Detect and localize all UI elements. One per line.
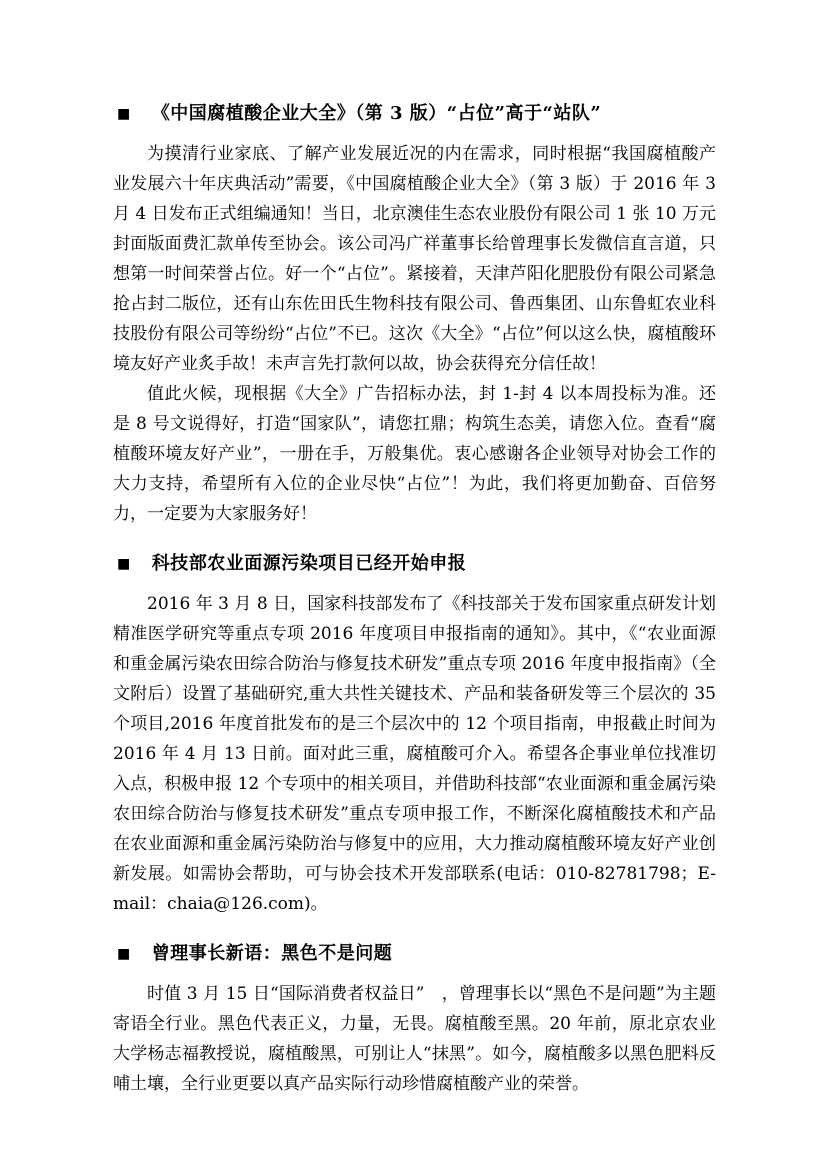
- square-bullet-icon: ■: [117, 941, 131, 967]
- paragraph: 2016 年 3 月 8 日，国家科技部发布了《科技部关于发布国家重点研发计划精…: [113, 589, 716, 919]
- section-heading: ■ 科技部农业面源污染项目已经开始申报: [113, 551, 716, 577]
- document-content: ■ 《中国腐植酸企业大全》（第 3 版）“占位”高于“站队” 为摸清行业家底、了…: [113, 101, 716, 1099]
- section-heading-text: 《中国腐植酸企业大全》（第 3 版）“占位”高于“站队”: [152, 101, 601, 127]
- section-heise-wenti: ■ 曾理事长新语：黑色不是问题 时值 3 月 15 日“国际消费者权益日” ，曾…: [113, 941, 716, 1099]
- paragraph: 值此火候，现根据《大全》广告招标办法，封 1-封 4 以本周投标为准。还是 8 …: [113, 379, 716, 529]
- section-keji-shenbao: ■ 科技部农业面源污染项目已经开始申报 2016 年 3 月 8 日，国家科技部…: [113, 551, 716, 919]
- paragraph: 时值 3 月 15 日“国际消费者权益日” ，曾理事长以“黑色不是问题”为主题寄…: [113, 979, 716, 1099]
- square-bullet-icon: ■: [117, 551, 131, 577]
- section-heading: ■ 曾理事长新语：黑色不是问题: [113, 941, 716, 967]
- square-bullet-icon: ■: [117, 101, 131, 127]
- section-heading-text: 曾理事长新语：黑色不是问题: [152, 941, 393, 967]
- section-daquan: ■ 《中国腐植酸企业大全》（第 3 版）“占位”高于“站队” 为摸清行业家底、了…: [113, 101, 716, 529]
- section-heading: ■ 《中国腐植酸企业大全》（第 3 版）“占位”高于“站队”: [113, 101, 716, 127]
- section-heading-text: 科技部农业面源污染项目已经开始申报: [152, 551, 467, 577]
- document-page: ■ 《中国腐植酸企业大全》（第 3 版）“占位”高于“站队” 为摸清行业家底、了…: [0, 0, 825, 1169]
- paragraph: 为摸清行业家底、了解产业发展近况的内在需求，同时根据“我国腐植酸产业发展六十年庆…: [113, 139, 716, 379]
